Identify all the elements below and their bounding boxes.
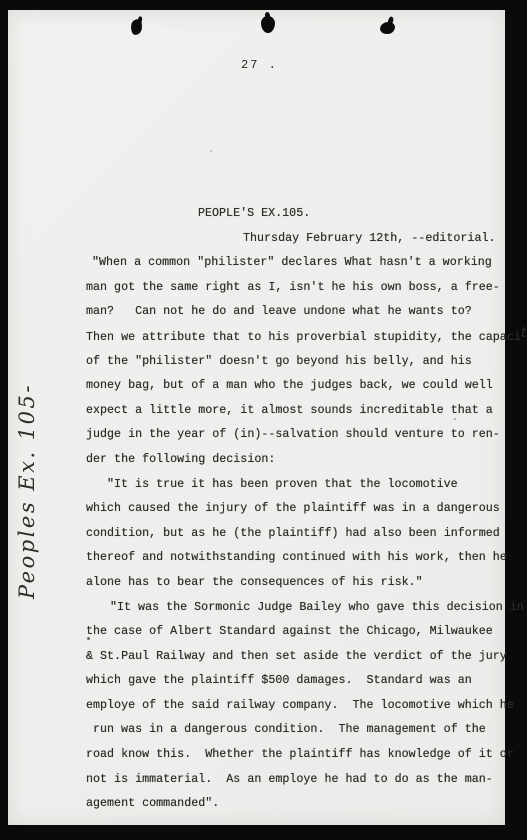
typed-line: man got the same right as I, isn't he hi…	[86, 275, 518, 300]
typed-line: the case of Albert Standard against the …	[86, 619, 518, 644]
ink-blot-left	[130, 18, 143, 35]
typed-line: which caused the injury of the plaintiff…	[86, 496, 518, 521]
ink-blot-right	[379, 21, 395, 35]
typed-line: man? Can not he do and leave undone what…	[86, 299, 518, 324]
typed-text-block: PEOPLE'S EX.105.Thursday February 12th, …	[86, 201, 518, 816]
typed-line: "It is true it has been proven that the …	[86, 472, 518, 497]
typed-line: which gave the plaintiff $500 damages. S…	[86, 668, 518, 693]
scan-speck	[454, 418, 456, 420]
handwritten-correction: ty	[521, 325, 527, 341]
typed-line: thereof and notwithstanding continued wi…	[86, 545, 518, 570]
typed-line: employe of the said railway company. The…	[86, 693, 518, 718]
typed-line: & St.Paul Railway and then set aside the…	[86, 644, 518, 669]
typed-line: alone has to bear the consequences of hi…	[86, 570, 518, 595]
typed-line: der the following decision:	[86, 447, 518, 472]
typed-line: run was in a dangerous condition. The ma…	[86, 717, 518, 742]
exhibit-heading: PEOPLE'S EX.105.	[86, 201, 518, 226]
typed-line: Then we attribute that to his proverbial…	[86, 324, 518, 349]
typed-line: road know this. Whether the plaintiff ha…	[86, 742, 518, 767]
handwritten-exhibit-note: Peoples Ex. 105-	[15, 379, 57, 603]
scanned-document-page: { "colors": { "frame": "#0a0a0a", "paper…	[0, 0, 527, 840]
typed-line: agement commanded".	[86, 791, 518, 816]
date-line: Thursday February 12th, --editorial.	[86, 226, 518, 251]
typed-line: condition, but as he (the plaintiff) had…	[86, 521, 518, 546]
typed-line: "When a common "philister" declares What…	[86, 250, 518, 275]
scan-speck	[87, 637, 90, 640]
typed-line: judge in the year of (in)--salvation sho…	[86, 422, 518, 447]
ink-blot-center	[261, 16, 275, 33]
typed-line: of the "philister" doesn't go beyond his…	[86, 349, 518, 374]
typed-line: not is immaterial. As an employe he had …	[86, 767, 518, 792]
scan-speck	[210, 150, 212, 152]
page-number: 27 .	[241, 58, 278, 72]
typed-line: money bag, but of a man who the judges b…	[86, 373, 518, 398]
paper-sheet: 27 . Peoples Ex. 105- PEOPLE'S EX.105.Th…	[8, 10, 505, 825]
typed-line: "It was the Sormonic Judge Bailey who ga…	[86, 595, 518, 620]
